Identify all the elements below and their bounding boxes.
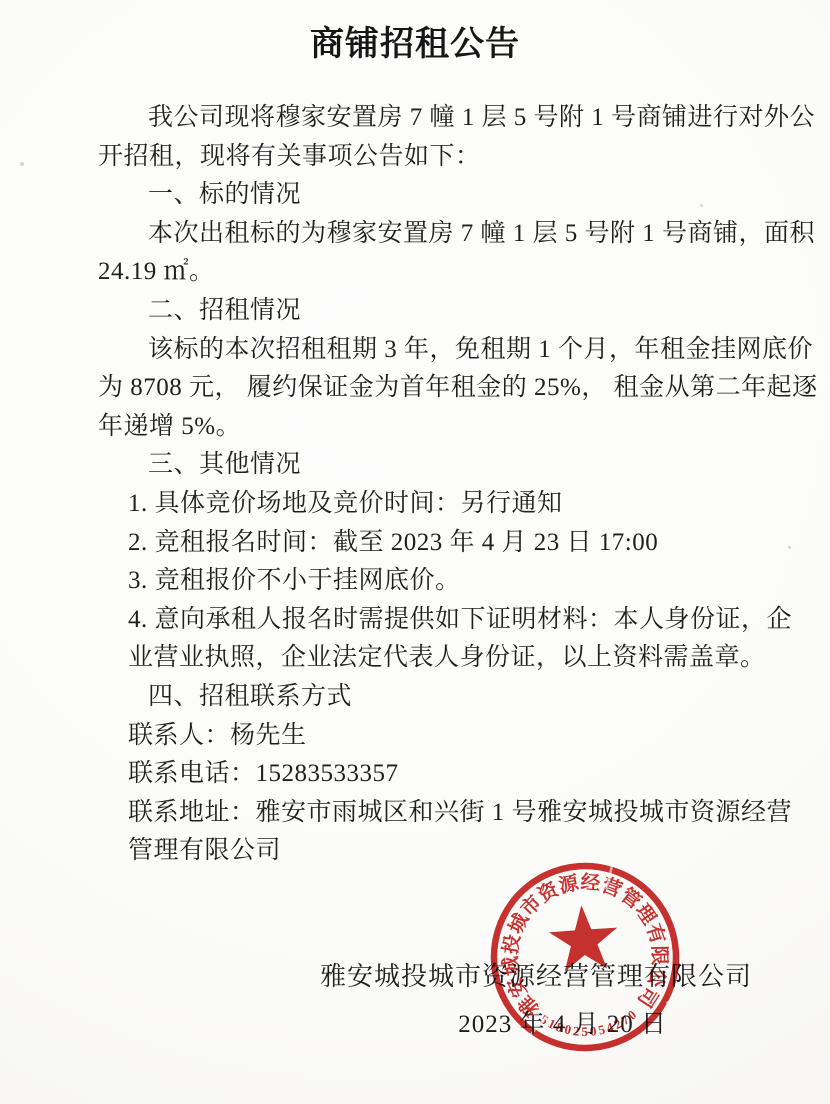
scan-speck <box>700 204 703 207</box>
body-line: 本次出租标的为穆家安置房 7 幢 1 层 5 号附 1 号商铺，面积 <box>98 215 778 254</box>
section-heading: 一、标的情况 <box>98 176 778 215</box>
section-heading: 四、招租联系方式 <box>98 678 778 717</box>
seal-star-icon <box>547 903 620 973</box>
scan-speck <box>20 162 24 166</box>
contact-phone-line: 联系电话：15283533357 <box>98 755 778 794</box>
scan-speck <box>788 546 791 549</box>
body-line: 年递增 5%。 <box>98 408 778 447</box>
contact-person-line: 联系人：杨先生 <box>98 717 778 756</box>
body-line: 该标的本次招租租期 3 年，免租期 1 个月，年租金挂网底价 <box>98 331 778 370</box>
body-line: 为 8708 元， 履约保证金为首年租金的 25%， 租金从第二年起逐 <box>98 369 778 408</box>
list-item: 3. 竞租报价不小于挂网底价。 <box>98 562 778 601</box>
section-heading: 二、招租情况 <box>98 292 778 331</box>
official-seal: 雅安城投城市资源经营管理有限公司 518025054270 <box>457 829 713 1085</box>
announcement-page: 商铺招租公告 我公司现将穆家安置房 7 幢 1 层 5 号附 1 号商铺进行对外… <box>0 0 830 1104</box>
list-item: 1. 具体竞价场地及竞价时间：另行通知 <box>98 485 778 524</box>
list-item-continuation: 业营业执照，企业法定代表人身份证，以上资料需盖章。 <box>98 639 778 678</box>
contact-address-line: 联系地址：雅安市雨城区和兴街 1 号雅安城投城市资源经营 <box>98 794 778 833</box>
document-body: 我公司现将穆家安置房 7 幢 1 层 5 号附 1 号商铺进行对外公 开招租，现… <box>98 99 778 871</box>
body-line: 开招租，现将有关事项公告如下： <box>98 138 778 177</box>
list-item: 2. 竞租报名时间：截至 2023 年 4 月 23 日 17:00 <box>98 524 778 563</box>
section-heading: 三、其他情况 <box>98 446 778 485</box>
body-line: 我公司现将穆家安置房 7 幢 1 层 5 号附 1 号商铺进行对外公 <box>98 99 778 138</box>
list-item: 4. 意向承租人报名时需提供如下证明材料：本人身份证，企 <box>98 601 778 640</box>
body-line: 24.19 ㎡。 <box>98 253 778 292</box>
document-title: 商铺招租公告 <box>0 16 830 65</box>
